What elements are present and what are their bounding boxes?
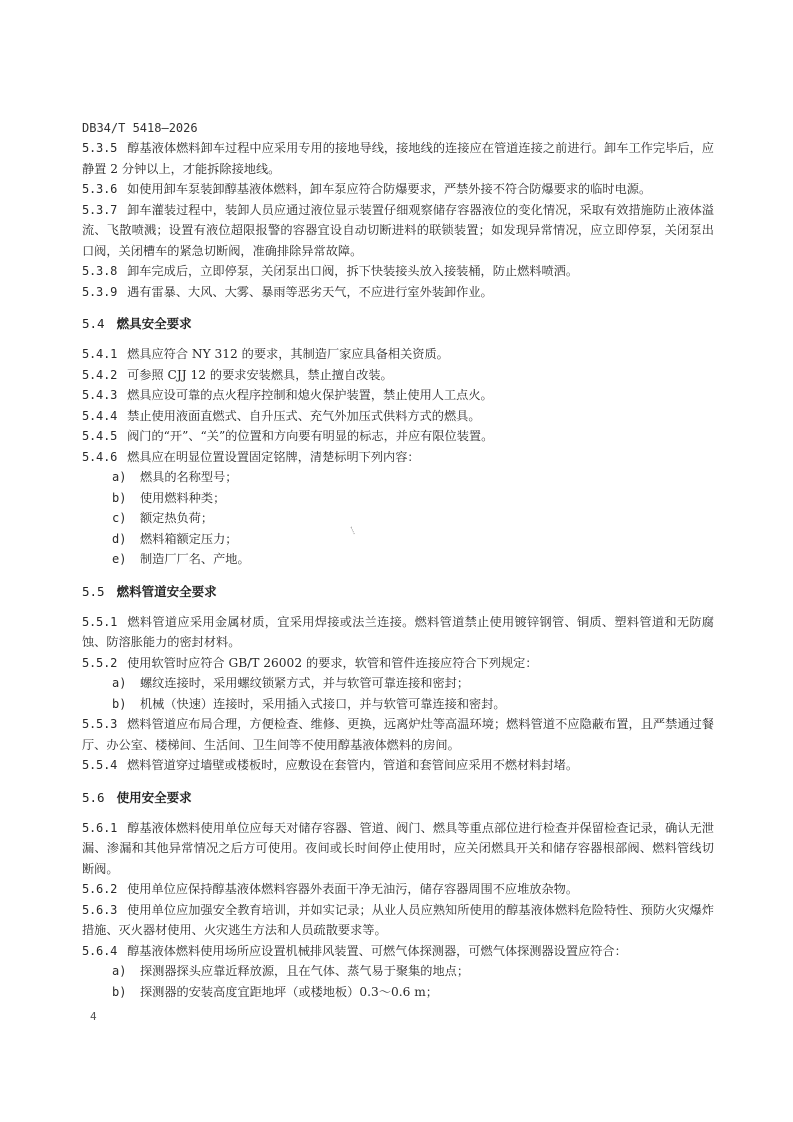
clause-text: 阀门的“开”、“关”的位置和方向要有明显的标志，并应有限位装置。 [127, 429, 493, 443]
clause-5-5-2: 5.5.2使用软管时应符合 GB/T 26002 的要求，软管和管件连接应符合下… [82, 653, 714, 674]
list-marker: d) [112, 529, 140, 550]
clause-text: 使用软管时应符合 GB/T 26002 的要求，软管和管件连接应符合下列规定： [127, 656, 537, 670]
list-item: e)制造厂厂名、产地。 [82, 549, 714, 570]
clause-5-6-1: 5.6.1醇基液体燃料使用单位应每天对储存容器、管道、阀门、燃具等重点部位进行检… [82, 818, 714, 880]
clause-number: 5.5.2 [82, 656, 117, 670]
clause-text: 燃具应在明显位置设置固定铭牌，清楚标明下列内容： [127, 450, 420, 464]
clause-number: 5.4.2 [82, 368, 117, 382]
clause-5-3-8: 5.3.8卸车完成后，立即停泵，关闭泵出口阀，拆下快装接头放入接装桶，防止燃料喷… [82, 261, 714, 282]
list-item: a)螺纹连接时，采用螺纹锁紧方式，并与软管可靠连接和密封； [82, 673, 714, 694]
clause-text: 醇基液体燃料使用场所应设置机械排风装置、可燃气体探测器，可燃气体探测器设置应符合… [127, 944, 627, 958]
clause-text: 禁止使用液面直燃式、自升压式、充气外加压式供料方式的燃具。 [127, 409, 480, 423]
list-text: 使用燃料种类； [140, 491, 225, 505]
clause-number: 5.3.5 [82, 141, 117, 155]
clause-5-5-4: 5.5.4燃料管道穿过墙壁或楼板时，应敷设在套管内，管道和套管间应采用不燃材料封… [82, 755, 714, 776]
clause-number: 5.3.9 [82, 285, 117, 299]
clause-5-3-7: 5.3.7卸车灌装过程中，装卸人员应通过液位显示装置仔细观察储存容器液位的变化情… [82, 200, 714, 262]
clause-5-4-1: 5.4.1燃具应符合 NY 312 的要求，其制造厂家应具备相关资质。 [82, 344, 714, 365]
clause-text: 遇有雷暴、大风、大雾、暴雨等恶劣天气，不应进行室外装卸作业。 [127, 285, 493, 299]
list-text: 制造厂厂名、产地。 [140, 552, 250, 566]
section-heading-5-4: 5.4燃具安全要求 [82, 314, 714, 334]
clause-number: 5.5.4 [82, 758, 117, 772]
list-marker: a) [112, 467, 140, 488]
list-marker: b) [112, 694, 140, 715]
clause-text: 卸车完成后，立即停泵，关闭泵出口阀，拆下快装接头放入接装桶，防止燃料喷洒。 [127, 264, 578, 278]
clause-5-6-2: 5.6.2使用单位应保持醇基液体燃料容器外表面干净无油污，储存容器周围不应堆放杂… [82, 879, 714, 900]
clause-text: 醇基液体燃料使用单位应每天对储存容器、管道、阀门、燃具等重点部位进行检查并保留检… [82, 821, 714, 876]
list-item: d)燃料箱额定压力； [82, 529, 714, 550]
clause-number: 5.4.1 [82, 347, 117, 361]
clause-text: 燃具应符合 NY 312 的要求，其制造厂家应具备相关资质。 [127, 347, 449, 361]
clause-text: 燃具应设可靠的点火程序控制和熄火保护装置，禁止使用人工点火。 [127, 388, 493, 402]
list-item: b)机械（快速）连接时，采用插入式接口，并与软管可靠连接和密封。 [82, 694, 714, 715]
list-text: 探测器的安装高度宜距地坪（或楼地板）0.3～0.6 m； [140, 985, 438, 999]
list-marker: a) [112, 961, 140, 982]
clause-5-4-3: 5.4.3燃具应设可靠的点火程序控制和熄火保护装置，禁止使用人工点火。 [82, 385, 714, 406]
clause-text: 燃料管道应采用金属材质，宜采用焊接或法兰连接。燃料管道禁止使用镀锌钢管、铜质、塑… [82, 615, 714, 650]
list-marker: b) [112, 982, 140, 1003]
clause-5-4-2: 5.4.2可参照 CJJ 12 的要求安装燃具，禁止擅自改装。 [82, 365, 714, 386]
clause-5-4-4: 5.4.4禁止使用液面直燃式、自升压式、充气外加压式供料方式的燃具。 [82, 406, 714, 427]
clause-number: 5.6.1 [82, 821, 117, 835]
clause-5-4-6: 5.4.6燃具应在明显位置设置固定铭牌，清楚标明下列内容： [82, 447, 714, 468]
clause-number: 5.5.3 [82, 717, 117, 731]
clause-number: 5.6.4 [82, 944, 117, 958]
page-number: 4 [90, 1010, 97, 1023]
document-body: 5.3.5醇基液体燃料卸车过程中应采用专用的接地导线，接地线的连接应在管道连接之… [82, 138, 714, 1002]
clause-text: 燃料管道应布局合理，方便检查、维修、更换，远离炉灶等高温环境；燃料管道不应隐蔽布… [82, 717, 714, 752]
standard-code-header: DB34/T 5418—2026 [82, 121, 198, 135]
clause-5-6-4: 5.6.4醇基液体燃料使用场所应设置机械排风装置、可燃气体探测器，可燃气体探测器… [82, 941, 714, 962]
section-heading-5-5: 5.5燃料管道安全要求 [82, 582, 714, 602]
clause-5-3-5: 5.3.5醇基液体燃料卸车过程中应采用专用的接地导线，接地线的连接应在管道连接之… [82, 138, 714, 179]
section-number: 5.6 [82, 790, 105, 805]
list-marker: c) [112, 508, 140, 529]
section-title: 燃料管道安全要求 [117, 584, 217, 599]
list-item: b)使用燃料种类； [82, 488, 714, 509]
clause-number: 5.4.5 [82, 429, 117, 443]
clause-number: 5.3.6 [82, 182, 117, 196]
clause-text: 可参照 CJJ 12 的要求安装燃具，禁止擅自改装。 [127, 368, 393, 382]
clause-5-6-3: 5.6.3使用单位应加强安全教育培训，并如实记录；从业人员应熟知所使用的醇基液体… [82, 900, 714, 941]
clause-5-5-3: 5.5.3燃料管道应布局合理，方便检查、维修、更换，远离炉灶等高温环境；燃料管道… [82, 714, 714, 755]
section-heading-5-6: 5.6使用安全要求 [82, 788, 714, 808]
clause-text: 使用单位应加强安全教育培训，并如实记录；从业人员应熟知所使用的醇基液体燃料危险特… [82, 903, 714, 938]
section-number: 5.4 [82, 316, 105, 331]
clause-number: 5.4.3 [82, 388, 117, 402]
clause-text: 燃料管道穿过墙壁或楼板时，应敷设在套管内，管道和套管间应采用不燃材料封堵。 [127, 758, 578, 772]
clause-number: 5.5.1 [82, 615, 117, 629]
clause-number: 5.4.6 [82, 450, 117, 464]
clause-number: 5.3.7 [82, 203, 117, 217]
list-text: 螺纹连接时，采用螺纹锁紧方式，并与软管可靠连接和密封； [140, 676, 469, 690]
clause-number: 5.6.2 [82, 882, 117, 896]
list-text: 额定热负荷； [140, 511, 213, 525]
section-title: 燃具安全要求 [117, 316, 192, 331]
list-text: 燃具的名称型号； [140, 470, 238, 484]
list-item: b)探测器的安装高度宜距地坪（或楼地板）0.3～0.6 m； [82, 982, 714, 1003]
clause-5-4-5: 5.4.5阀门的“开”、“关”的位置和方向要有明显的标志，并应有限位装置。 [82, 426, 714, 447]
clause-text: 如使用卸车泵装卸醇基液体燃料，卸车泵应符合防爆要求，严禁外接不符合防爆要求的临时… [127, 182, 651, 196]
list-item: a)探测器探头应靠近释放源，且在气体、蒸气易于聚集的地点； [82, 961, 714, 982]
list-marker: e) [112, 549, 140, 570]
list-marker: b) [112, 488, 140, 509]
section-number: 5.5 [82, 584, 105, 599]
section-title: 使用安全要求 [117, 790, 192, 805]
clause-text: 醇基液体燃料卸车过程中应采用专用的接地导线，接地线的连接应在管道连接之前进行。卸… [82, 141, 714, 176]
clause-5-3-9: 5.3.9遇有雷暴、大风、大雾、暴雨等恶劣天气，不应进行室外装卸作业。 [82, 282, 714, 303]
clause-number: 5.4.4 [82, 409, 117, 423]
clause-number: 5.3.8 [82, 264, 117, 278]
list-marker: a) [112, 673, 140, 694]
list-text: 探测器探头应靠近释放源，且在气体、蒸气易于聚集的地点； [140, 964, 469, 978]
list-text: 机械（快速）连接时，采用插入式接口，并与软管可靠连接和密封。 [140, 697, 506, 711]
list-text: 燃料箱额定压力； [140, 532, 238, 546]
clause-number: 5.6.3 [82, 903, 117, 917]
clause-5-5-1: 5.5.1燃料管道应采用金属材质，宜采用焊接或法兰连接。燃料管道禁止使用镀锌钢管… [82, 612, 714, 653]
clause-text: 使用单位应保持醇基液体燃料容器外表面干净无油污，储存容器周围不应堆放杂物。 [127, 882, 578, 896]
list-item: a)燃具的名称型号； [82, 467, 714, 488]
list-item: c)额定热负荷； [82, 508, 714, 529]
clause-5-3-6: 5.3.6如使用卸车泵装卸醇基液体燃料，卸车泵应符合防爆要求，严禁外接不符合防爆… [82, 179, 714, 200]
clause-text: 卸车灌装过程中，装卸人员应通过液位显示装置仔细观察储存容器液位的变化情况，采取有… [82, 203, 714, 258]
